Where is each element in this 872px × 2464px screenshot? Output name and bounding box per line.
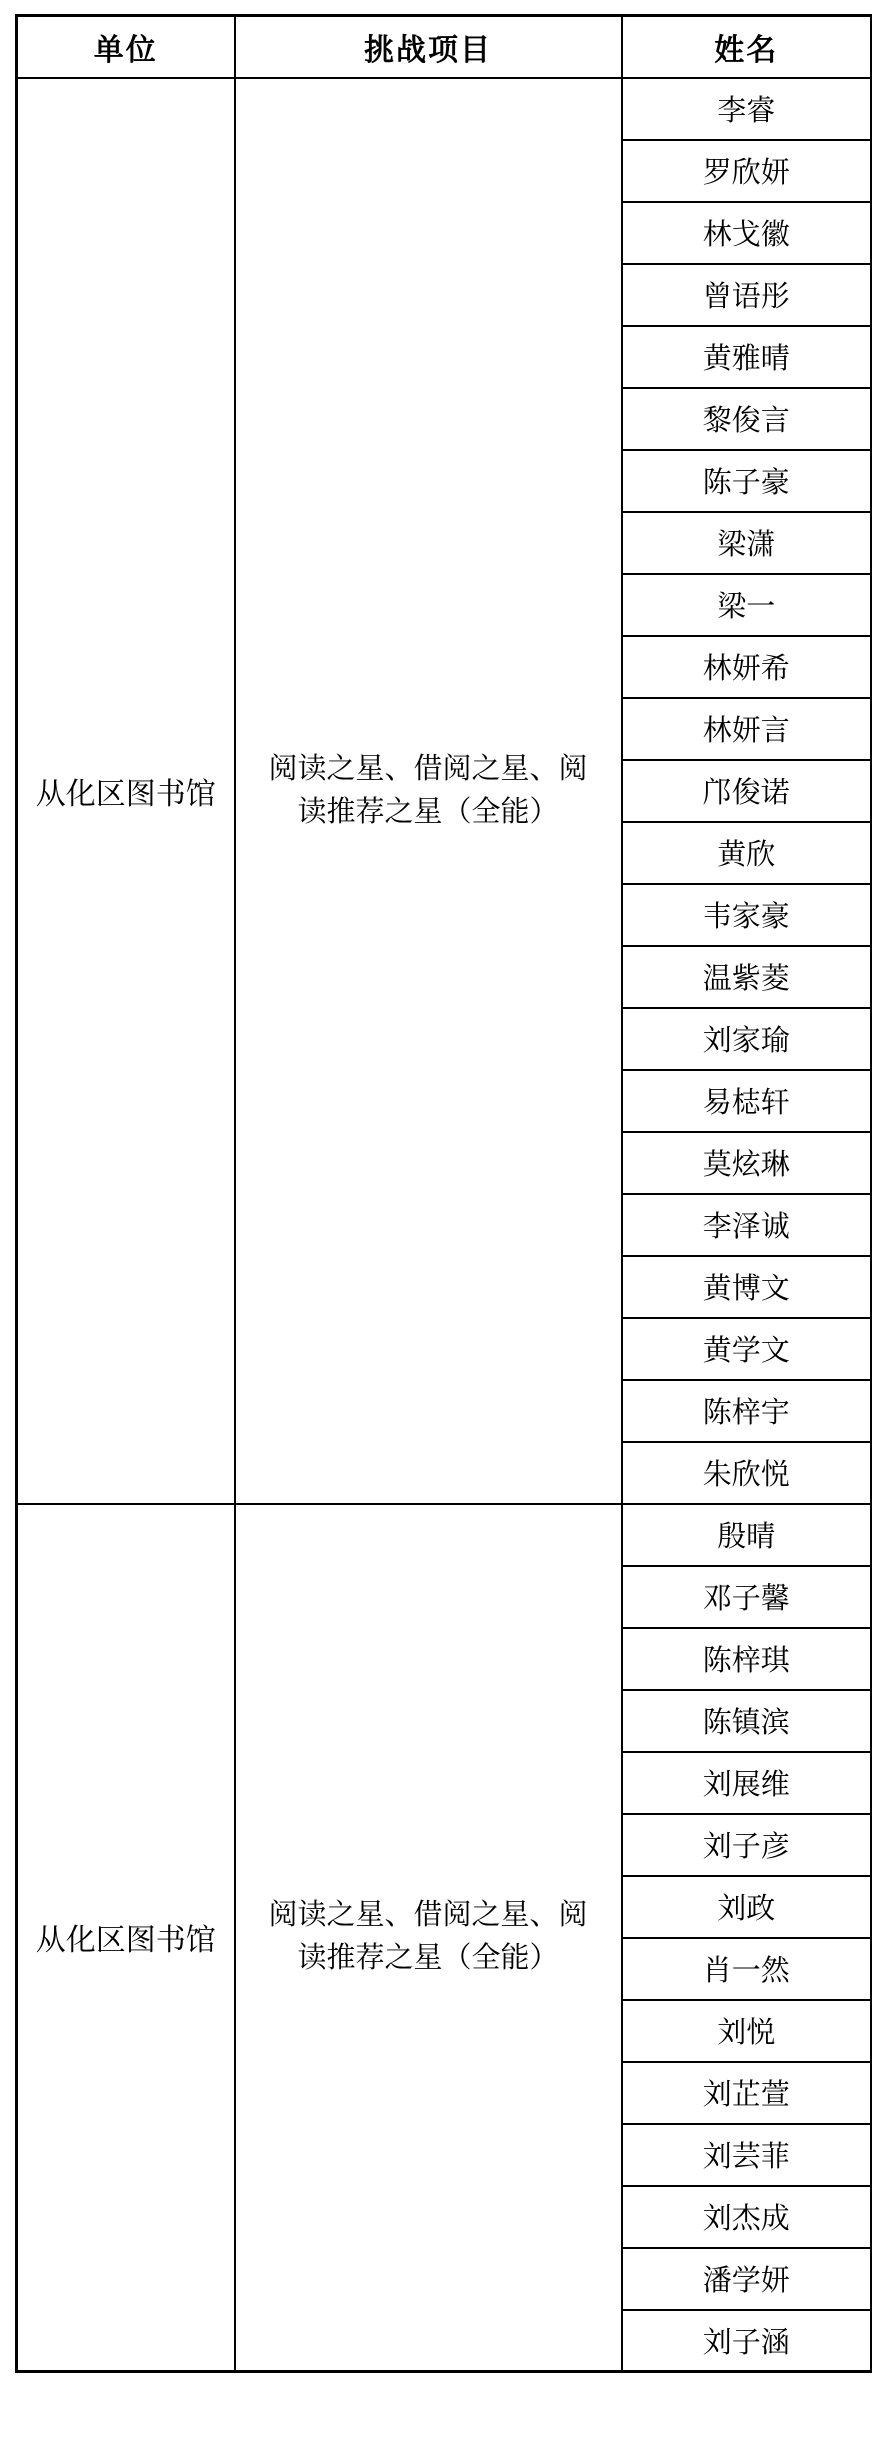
name-cell: 林妍希 xyxy=(622,636,872,698)
name-cell: 肖一然 xyxy=(622,1938,872,2000)
header-row: 单位 挑战项目 姓名 xyxy=(17,16,872,78)
table-header: 单位 挑战项目 姓名 xyxy=(17,16,872,78)
name-cell: 韦家豪 xyxy=(622,884,872,946)
project-cell: 阅读之星、借阅之星、阅读推荐之星（全能） xyxy=(235,78,622,1504)
name-cell: 林妍言 xyxy=(622,698,872,760)
name-cell: 梁潇 xyxy=(622,512,872,574)
name-cell: 殷晴 xyxy=(622,1504,872,1566)
table-row: 从化区图书馆阅读之星、借阅之星、阅读推荐之星（全能）李睿 xyxy=(17,78,872,140)
name-cell: 刘芷萱 xyxy=(622,2062,872,2124)
page: 单位 挑战项目 姓名 从化区图书馆阅读之星、借阅之星、阅读推荐之星（全能）李睿罗… xyxy=(0,0,872,2464)
name-cell: 陈子豪 xyxy=(622,450,872,512)
project-cell: 阅读之星、借阅之星、阅读推荐之星（全能） xyxy=(235,1504,622,2372)
unit-cell: 从化区图书馆 xyxy=(17,78,235,1504)
name-cell: 莫炫琳 xyxy=(622,1132,872,1194)
name-cell: 刘悦 xyxy=(622,2000,872,2062)
table-row: 从化区图书馆阅读之星、借阅之星、阅读推荐之星（全能）殷晴 xyxy=(17,1504,872,1566)
name-cell: 潘学妍 xyxy=(622,2248,872,2310)
name-cell: 温紫菱 xyxy=(622,946,872,1008)
name-cell: 刘展维 xyxy=(622,1752,872,1814)
name-cell: 黄博文 xyxy=(622,1256,872,1318)
name-cell: 林戈徽 xyxy=(622,202,872,264)
name-cell: 黄学文 xyxy=(622,1318,872,1380)
unit-cell: 从化区图书馆 xyxy=(17,1504,235,2372)
name-cell: 邝俊诺 xyxy=(622,760,872,822)
name-cell: 罗欣妍 xyxy=(622,140,872,202)
name-cell: 刘子涵 xyxy=(622,2310,872,2372)
column-header-project: 挑战项目 xyxy=(235,16,622,78)
name-cell: 刘杰成 xyxy=(622,2186,872,2248)
name-cell: 朱欣悦 xyxy=(622,1442,872,1504)
name-cell: 梁一 xyxy=(622,574,872,636)
awards-table: 单位 挑战项目 姓名 从化区图书馆阅读之星、借阅之星、阅读推荐之星（全能）李睿罗… xyxy=(15,14,872,2373)
name-cell: 陈镇滨 xyxy=(622,1690,872,1752)
name-cell: 易梽轩 xyxy=(622,1070,872,1132)
name-cell: 刘政 xyxy=(622,1876,872,1938)
name-cell: 刘子彦 xyxy=(622,1814,872,1876)
name-cell: 邓子馨 xyxy=(622,1566,872,1628)
name-cell: 黄欣 xyxy=(622,822,872,884)
name-cell: 刘芸菲 xyxy=(622,2124,872,2186)
column-header-unit: 单位 xyxy=(17,16,235,78)
name-cell: 陈梓宇 xyxy=(622,1380,872,1442)
name-cell: 黎俊言 xyxy=(622,388,872,450)
name-cell: 刘家瑜 xyxy=(622,1008,872,1070)
name-cell: 李睿 xyxy=(622,78,872,140)
table-body: 从化区图书馆阅读之星、借阅之星、阅读推荐之星（全能）李睿罗欣妍林戈徽曾语彤黄雅晴… xyxy=(17,78,872,2372)
name-cell: 李泽诚 xyxy=(622,1194,872,1256)
column-header-name: 姓名 xyxy=(622,16,872,78)
name-cell: 曾语彤 xyxy=(622,264,872,326)
name-cell: 黄雅晴 xyxy=(622,326,872,388)
name-cell: 陈梓琪 xyxy=(622,1628,872,1690)
